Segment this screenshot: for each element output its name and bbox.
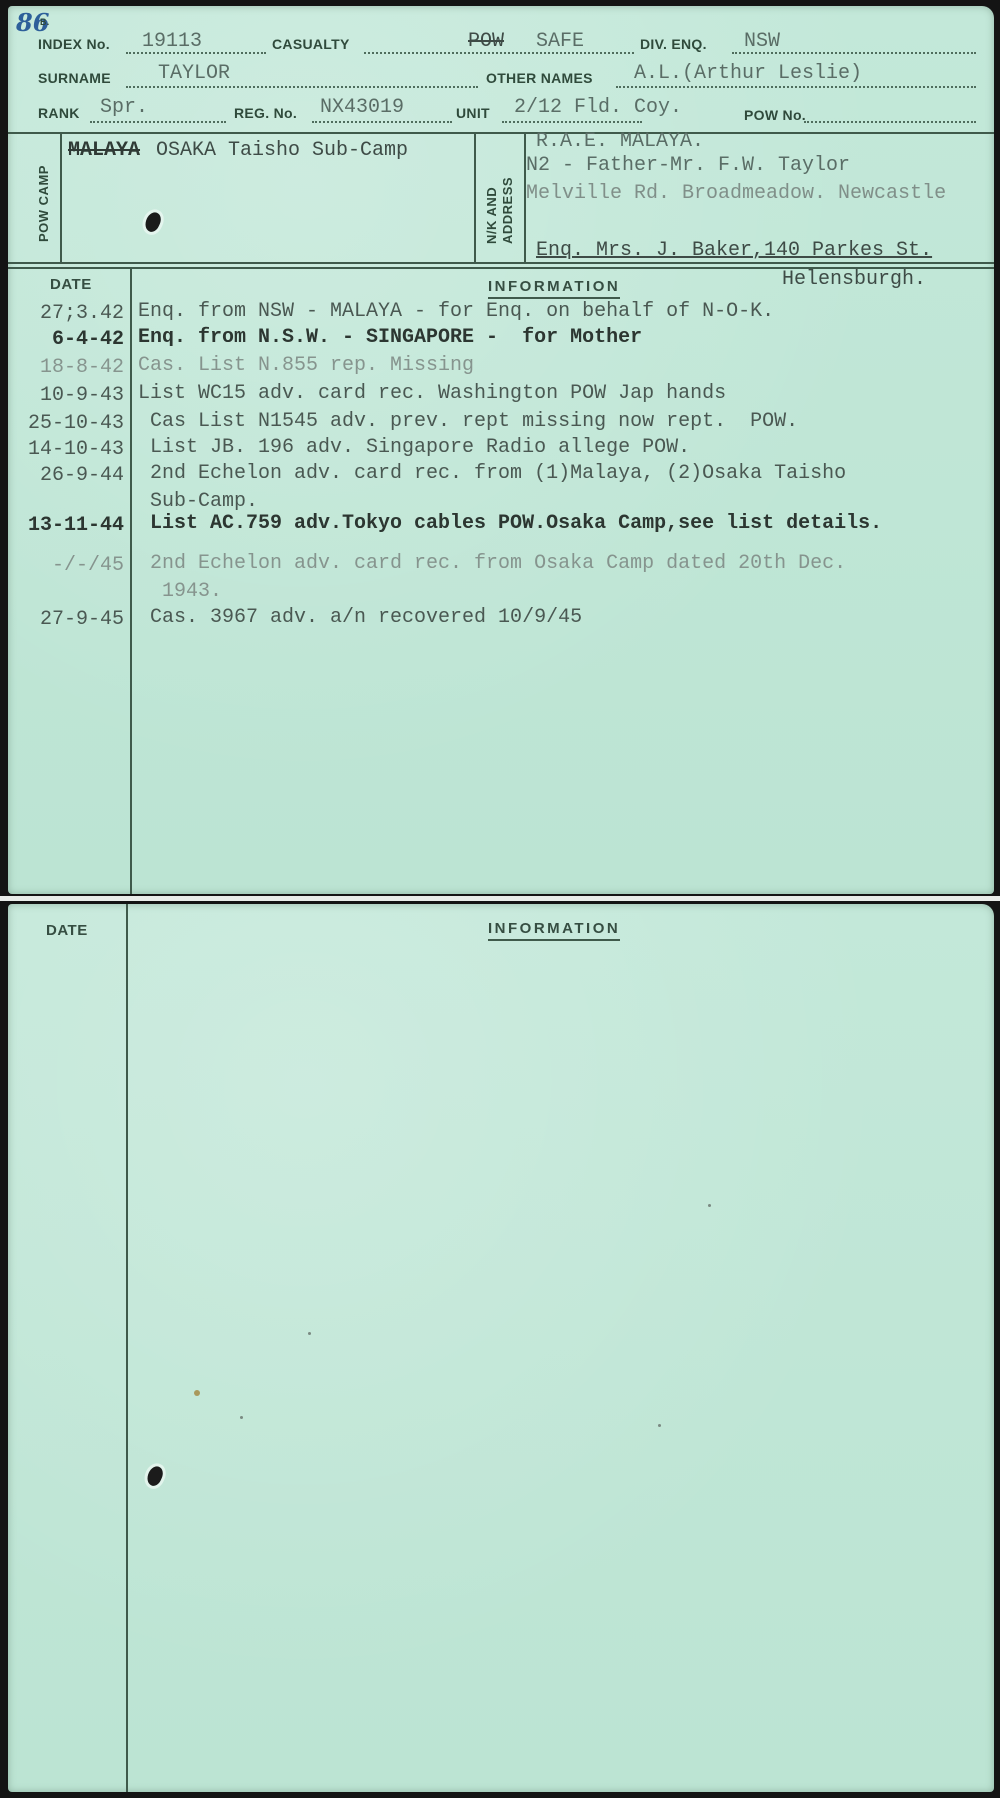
pow-no-label: POW No. — [744, 107, 806, 123]
date-column-header: DATE — [46, 922, 88, 939]
row-date: 6-4-42 — [52, 328, 124, 351]
table-row: 18-8-42Cas. List N.855 rep. Missing — [8, 356, 994, 382]
stamp-small: B. — [40, 17, 50, 27]
rank-value: Spr. — [100, 96, 148, 119]
row-info: List AC.759 adv.Tokyo cables POW.Osaka C… — [138, 510, 882, 538]
nok-line-2: N2 - Father-Mr. F.W. Taylor — [526, 154, 850, 177]
pow-camp-value: OSAKA Taisho Sub-Camp — [156, 139, 408, 162]
table-row: 10-9-43List WC15 adv. card rec. Washingt… — [8, 384, 994, 410]
table-row: 26-9-44 2nd Echelon adv. card rec. from … — [8, 464, 994, 490]
row-info: Enq. from NSW - MALAYA - for Enq. on beh… — [138, 298, 774, 326]
surname-label: SURNAME — [38, 70, 111, 86]
reg-no-value: NX43019 — [320, 96, 404, 119]
unit-value: 2/12 Fld. Coy. — [514, 96, 682, 119]
row-info: Enq. from N.S.W. - SINGAPORE - for Mothe… — [138, 324, 642, 352]
rank-label: RANK — [38, 105, 80, 121]
nok-label-line2: ADDRESS — [500, 177, 515, 244]
nok-line-5: Helensburgh. — [782, 268, 926, 291]
punch-hole — [142, 210, 163, 234]
row-date: 26-9-44 — [40, 464, 124, 487]
row-date: 10-9-43 — [40, 384, 124, 407]
information-column-header: INFORMATION — [488, 278, 620, 299]
row-date: 27;3.42 — [40, 302, 124, 325]
record-card-front: 86 B. INDEX No. 19113 CASUALTY POW SAFE … — [8, 6, 994, 894]
row-info: Cas List N1545 adv. prev. rept missing n… — [138, 408, 798, 436]
index-value: 19113 — [142, 30, 202, 53]
row-date: 27-9-45 — [40, 608, 124, 631]
other-names-label: OTHER NAMES — [486, 70, 593, 86]
reg-no-label: REG. No. — [234, 105, 297, 121]
surname-value: TAYLOR — [158, 62, 230, 85]
pow-camp-label: POW CAMP — [36, 165, 51, 242]
table-row: 13-11-44 List AC.759 adv.Tokyo cables PO… — [8, 514, 994, 540]
nok-label-line1: N/K AND — [484, 187, 499, 244]
nok-line-4: Enq. Mrs. J. Baker,140 Parkes St. — [536, 239, 932, 262]
record-card-back: DATE INFORMATION — [8, 904, 994, 1792]
row-date: -/-/45 — [52, 554, 124, 577]
row-date: 25-10-43 — [28, 412, 124, 435]
row-date: 18-8-42 — [40, 356, 124, 379]
date-column-header: DATE — [50, 276, 92, 293]
row-date: 13-11-44 — [28, 514, 124, 537]
row-info: Cas. 3967 adv. a/n recovered 10/9/45 — [138, 604, 582, 632]
row-info: Cas. List N.855 rep. Missing — [138, 352, 474, 380]
casualty-struck: POW — [468, 30, 504, 53]
unit-label: UNIT — [456, 105, 490, 121]
row-info: List JB. 196 adv. Singapore Radio allege… — [138, 434, 690, 462]
casualty-value: SAFE — [536, 30, 584, 53]
index-label: INDEX No. — [38, 36, 110, 52]
table-row: 6-4-42Enq. from N.S.W. - SINGAPORE - for… — [8, 328, 994, 354]
casualty-label: CASUALTY — [272, 36, 350, 52]
row-info: 2nd Echelon adv. card rec. from (1)Malay… — [138, 460, 846, 516]
other-names-value: A.L.(Arthur Leslie) — [634, 62, 862, 85]
nok-line-3: Melville Rd. Broadmeadow. Newcastle — [526, 182, 946, 205]
row-date: 14-10-43 — [28, 438, 124, 461]
div-enq-value: NSW — [744, 30, 780, 53]
information-column-header: INFORMATION — [488, 920, 620, 941]
row-info: List WC15 adv. card rec. Washington POW … — [138, 380, 726, 408]
table-row: -/-/45 2nd Echelon adv. card rec. from O… — [8, 554, 994, 580]
div-enq-label: DIV. ENQ. — [640, 36, 707, 52]
table-row: 27-9-45 Cas. 3967 adv. a/n recovered 10/… — [8, 608, 994, 634]
nok-line-1: R.A.E. MALAYA. — [536, 130, 704, 153]
row-info: 2nd Echelon adv. card rec. from Osaka Ca… — [138, 550, 846, 606]
punch-hole — [144, 1464, 165, 1488]
pow-camp-struck: MALAYA — [68, 139, 140, 162]
